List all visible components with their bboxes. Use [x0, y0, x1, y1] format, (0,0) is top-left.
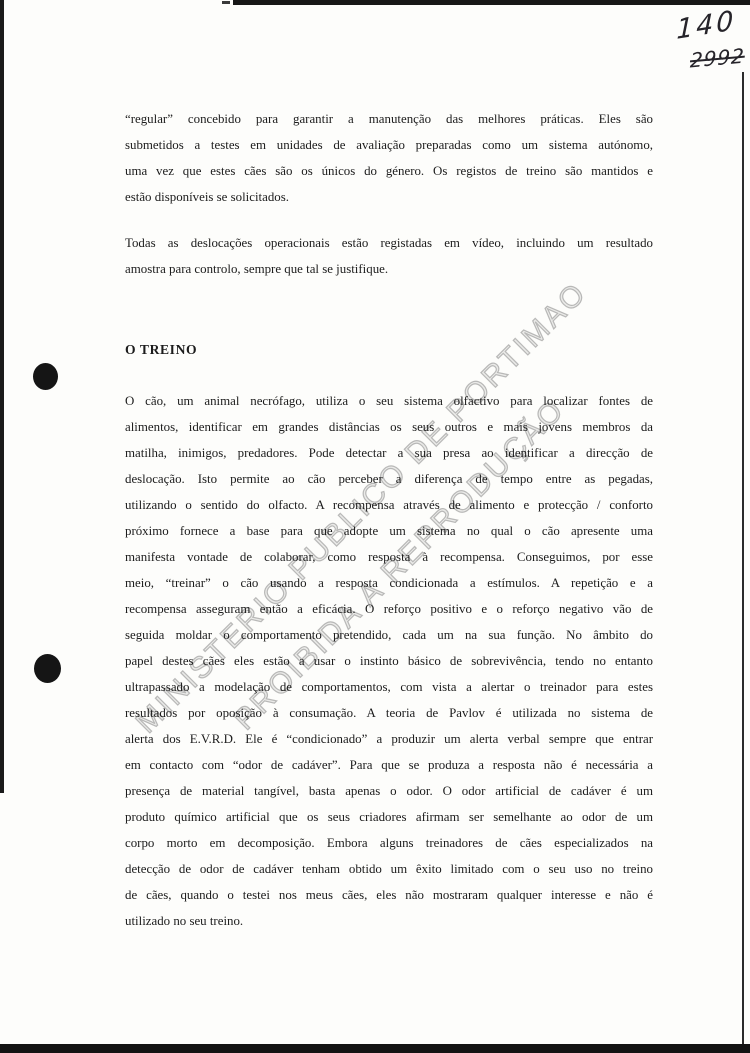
text-line: utilizado no seu treino.: [125, 908, 653, 934]
text-line: produto químico artificial que os seus c…: [125, 804, 653, 830]
text-line: deslocação. Isto permite ao cão perceber…: [125, 466, 653, 492]
text-line: amostra para controlo, sempre que tal se…: [125, 256, 653, 282]
text-line: matilha, inimigos, predadores. Pode dete…: [125, 440, 653, 466]
text-line: detecção de odor de cadáver tenham obtid…: [125, 856, 653, 882]
scan-artifact-right-edge: [742, 72, 744, 1044]
scan-artifact-top-dash: [222, 1, 230, 4]
text-line: alerta dos E.V.R.D. Ele é “condicionado”…: [125, 726, 653, 752]
text-line: em contacto com “odor de cadáver”. Para …: [125, 752, 653, 778]
text-line: utilizando o sentido do olfacto. A recom…: [125, 492, 653, 518]
hole-punch-mark-top: [33, 363, 58, 390]
text-line: corpo morto em decomposição. Embora algu…: [125, 830, 653, 856]
hole-punch-mark-bottom: [34, 654, 61, 683]
text-line: alimentos, identificar em grandes distân…: [125, 414, 653, 440]
text-line: manifesta vontade de colaborar, como res…: [125, 544, 653, 570]
text-line: meio, “treinar” o cão usando a resposta …: [125, 570, 653, 596]
text-line: papel destes cães eles estão a usar o in…: [125, 648, 653, 674]
section-heading: O TREINO: [125, 337, 653, 363]
text-line: ultrapassado a modelação de comportament…: [125, 674, 653, 700]
paragraph: “regular” concebido para garantir a manu…: [125, 106, 653, 210]
text-line: de cães, quando o testei nos meus cães, …: [125, 882, 653, 908]
scan-artifact-top-bar: [233, 0, 750, 5]
scanned-document-page: 140 2992 MINISTERIO PUBLICO DE PORTIMAO …: [0, 0, 750, 1053]
scan-artifact-bottom-bar: [0, 1044, 750, 1053]
handwritten-page-number: 140: [676, 5, 736, 46]
text-line: resultados por oposição à consumação. A …: [125, 700, 653, 726]
text-line: estão disponíveis se solicitados.: [125, 184, 653, 210]
text-line: Todas as deslocações operacionais estão …: [125, 230, 653, 256]
text-line: “regular” concebido para garantir a manu…: [125, 106, 653, 132]
paragraph: O cão, um animal necrófago, utiliza o se…: [125, 388, 653, 934]
text-line: presença de material tangível, basta ape…: [125, 778, 653, 804]
text-line: O cão, um animal necrófago, utiliza o se…: [125, 388, 653, 414]
scan-artifact-left-edge: [0, 0, 4, 793]
handwritten-crossed-out-number: 2992: [689, 44, 745, 73]
text-line: submetidos a testes em unidades de avali…: [125, 132, 653, 158]
text-line: próximo fornece a base para que adopte u…: [125, 518, 653, 544]
text-line: seguida moldar o comportamento pretendid…: [125, 622, 653, 648]
paragraph: Todas as deslocações operacionais estão …: [125, 230, 653, 282]
text-line: uma vez que estes cães são os únicos do …: [125, 158, 653, 184]
text-line: recompensa asseguram então a eficácia. O…: [125, 596, 653, 622]
